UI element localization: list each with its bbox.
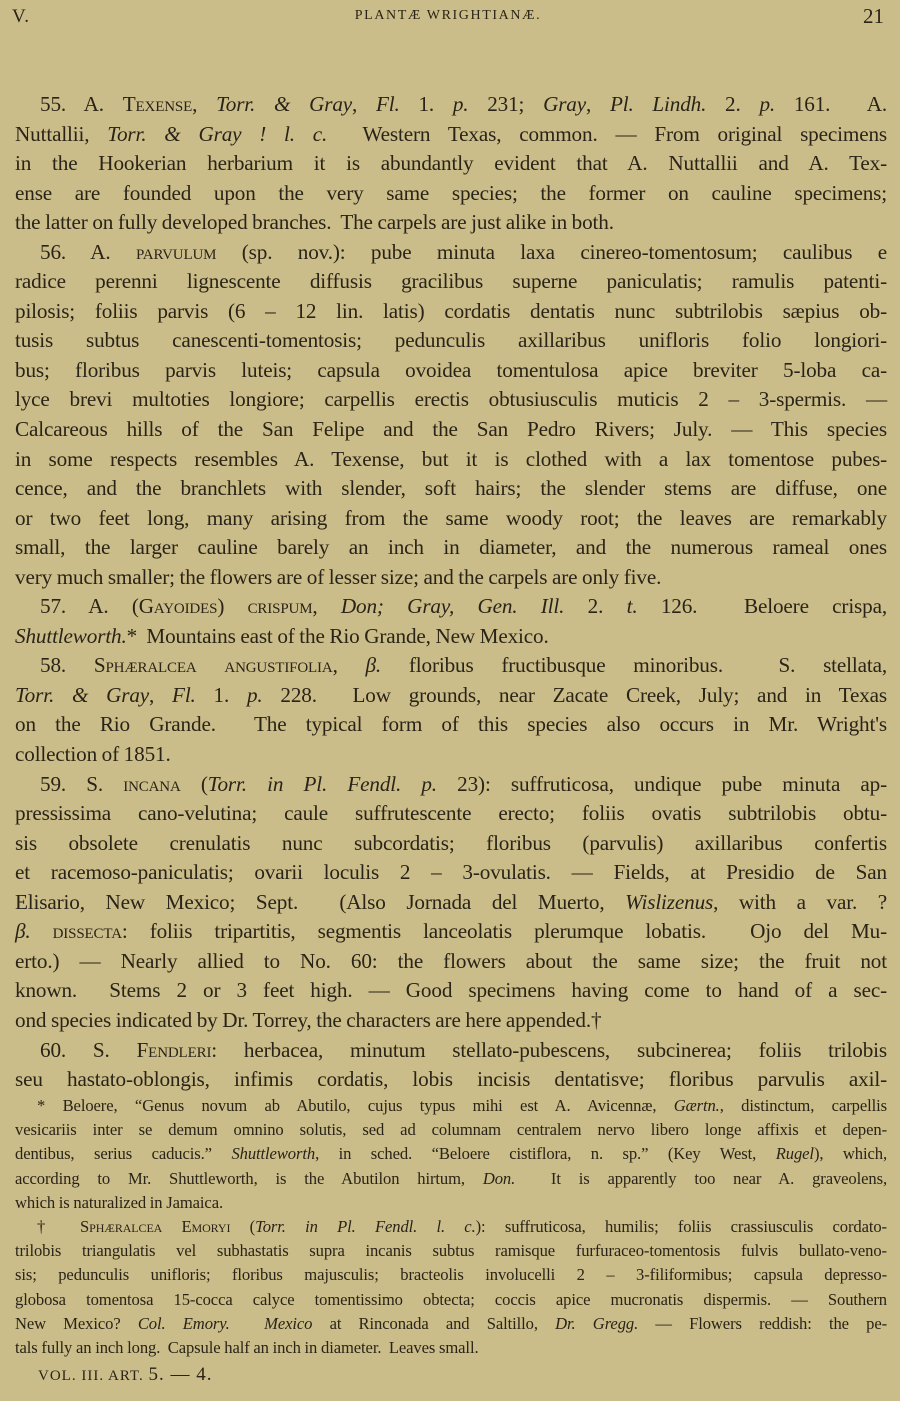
footnote-line: dentibus, serius caducis.” Shuttleworth,… <box>15 1142 887 1166</box>
footnote-line: which is naturalized in Jamaica. <box>15 1191 887 1215</box>
main-text: 55. A. Texense, Torr. & Gray, Fl. 1. p. … <box>15 90 887 1095</box>
footnote-line: New Mexico? Col. Emory. Mexico at Rincon… <box>15 1312 887 1336</box>
text-line: small, the larger cauline barely an inch… <box>15 533 887 563</box>
footnote-line: tals fully an inch long. Capsule half an… <box>15 1336 887 1360</box>
text-line: 57. A. (Gayoides) crispum, Don; Gray, Ge… <box>15 592 887 622</box>
text-line: 58. Sphæralcea angustifolia, β. floribus… <box>15 651 887 681</box>
running-header: V. PLANTÆ WRIGHTIANÆ. 21 <box>12 4 884 30</box>
text-line: on the Rio Grande. The typical form of t… <box>15 710 887 740</box>
text-line: 56. A. parvulum (sp. nov.): pube minuta … <box>15 238 887 268</box>
text-line: lyce brevi multoties longiore; carpellis… <box>15 385 887 415</box>
text-line: ense are founded upon the very same spec… <box>15 179 887 209</box>
text-line: Shuttleworth.* Mountains east of the Rio… <box>15 622 887 652</box>
footnote-line: * Beloere, “Genus novum ab Abutilo, cuju… <box>15 1094 887 1118</box>
footnote-line: globosa tomentosa 15-cocca calyce toment… <box>15 1288 887 1312</box>
text-line: 60. S. Fendleri: herbacea, minutum stell… <box>15 1036 887 1066</box>
text-line: cence, and the branchlets with slender, … <box>15 474 887 504</box>
text-line: ond species indicated by Dr. Torrey, the… <box>15 1006 887 1036</box>
text-line: or two feet long, many arising from the … <box>15 504 887 534</box>
text-line: β. dissecta: foliis tripartitis, segment… <box>15 917 887 947</box>
book-page: V. PLANTÆ WRIGHTIANÆ. 21 55. A. Texense,… <box>0 0 900 1401</box>
text-line: bus; floribus parvis luteis; capsula ovo… <box>15 356 887 386</box>
text-line: Elisario, New Mexico; Sept. (Also Jornad… <box>15 888 887 918</box>
footnote-line: according to Mr. Shuttleworth, is the Ab… <box>15 1167 887 1191</box>
text-line: known. Stems 2 or 3 feet high. — Good sp… <box>15 976 887 1006</box>
text-line: 55. A. Texense, Torr. & Gray, Fl. 1. p. … <box>15 90 887 120</box>
text-line: 59. S. incana (Torr. in Pl. Fendl. p. 23… <box>15 770 887 800</box>
text-line: collection of 1851. <box>15 740 887 770</box>
footnotes: * Beloere, “Genus novum ab Abutilo, cuju… <box>15 1094 887 1360</box>
signature-number: 5. — 4. <box>148 1364 212 1385</box>
text-line: the latter on fully developed branches. … <box>15 208 887 238</box>
text-line: Torr. & Gray, Fl. 1. p. 228. Low grounds… <box>15 681 887 711</box>
text-line: seu hastato-oblongis, infimis cordatis, … <box>15 1065 887 1095</box>
text-line: very much smaller; the flowers are of le… <box>15 563 887 593</box>
footnote-line: † Sphæralcea Emoryi (Torr. in Pl. Fendl.… <box>15 1215 887 1239</box>
text-line: Calcareous hills of the San Felipe and t… <box>15 415 887 445</box>
text-line: pilosis; foliis parvis (6 – 12 lin. lati… <box>15 297 887 327</box>
signature-mark: VOL. III. ART. 5. — 4. <box>38 1364 212 1386</box>
signature-prefix: VOL. III. ART. <box>38 1368 148 1384</box>
footnote-line: vesicariis inter se demum omnino solutis… <box>15 1118 887 1142</box>
page-number: 21 <box>863 4 884 29</box>
text-line: radice perenni lignescente diffusis grac… <box>15 267 887 297</box>
text-line: erto.) — Nearly allied to No. 60: the fl… <box>15 947 887 977</box>
text-line: et racemoso-paniculatis; ovarii loculis … <box>15 858 887 888</box>
text-line: in the Hookerian herbarium it is abundan… <box>15 149 887 179</box>
footnote-line: trilobis triangulatis vel subhastatis su… <box>15 1239 887 1263</box>
text-line: tusis subtus canescenti-tomentosis; pedu… <box>15 326 887 356</box>
footnote-line: sis; pedunculis unifloris; floribus maju… <box>15 1263 887 1287</box>
running-title: PLANTÆ WRIGHTIANÆ. <box>12 8 884 24</box>
text-line: pressissima cano-velutina; caule suffrut… <box>15 799 887 829</box>
text-line: Nuttallii, Torr. & Gray ! l. c. Western … <box>15 120 887 150</box>
text-line: sis obsolete crenulatis nunc subcordatis… <box>15 829 887 859</box>
text-line: in some respects resembles A. Texense, b… <box>15 445 887 475</box>
